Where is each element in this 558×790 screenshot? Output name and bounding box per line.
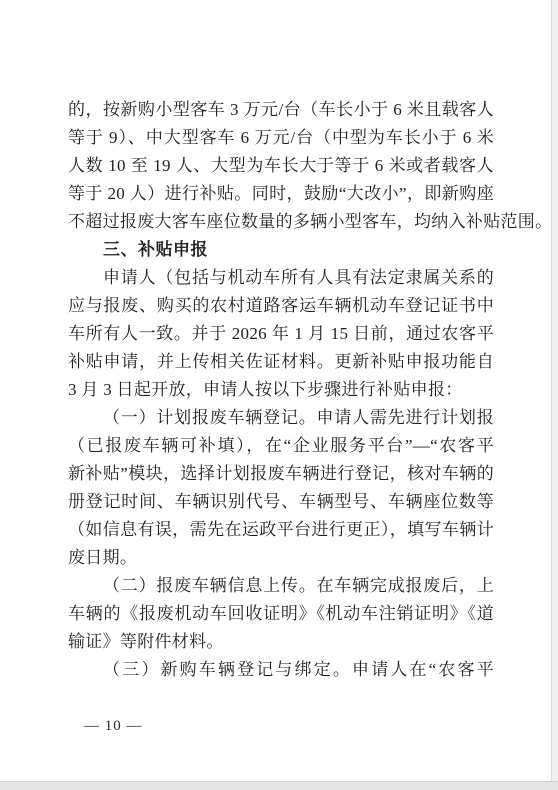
text-line: （二）报废车辆信息上传。在车辆完成报废后，上传报废 [68, 572, 494, 600]
text-line: 等于 9）、中大型客车 6 万元/台（中型为车长小于 6 米且载客 [68, 124, 494, 152]
text-line: 废日期。 [68, 544, 494, 572]
text-line: （如信息有误，需先在运政平台进行更正），填写车辆计划报 [68, 516, 494, 544]
document-page: 的，按新购小型客车 3 万元/台（车长小于 6 米且载客人数小于 等于 9）、中… [0, 0, 558, 790]
text-line: 申请人（包括与机动车所有人具有法定隶属关系的企业） [68, 264, 494, 292]
text-line: （已报废车辆可补填），在“企业服务平台”—“农客平台”—“更 [68, 432, 494, 460]
text-line: 新补贴”模块，选择计划报废车辆进行登记，核对车辆的首次注 [68, 460, 494, 488]
text-block: 的，按新购小型客车 3 万元/台（车长小于 6 米且载客人数小于 等于 9）、中… [68, 96, 494, 684]
text-line: 册登记时间、车辆识别代号、车辆型号、车辆座位数等信息 [68, 488, 494, 516]
text-line: （三）新购车辆登记与绑定。申请人在“农客平台”—“乡村 [68, 656, 494, 684]
page-edge-bottom [0, 781, 558, 790]
text-line: 车所有人一致。并于 2026 年 1 月 15 日前，通过农客平台提交 [68, 320, 494, 348]
text-line: 应与报废、购买的农村道路客运车辆机动车登记证书中的机动 [68, 292, 494, 320]
text-line: 等于 20 人）进行补贴。同时，鼓励“大改小”，即新购座位总数 [68, 180, 494, 208]
text-line: 输证》等附件材料。 [68, 628, 494, 656]
text-line: 人数 10 至 19 人、大型为车长大于等于 6 米或者载客人数大于 [68, 152, 494, 180]
page-edge-right [551, 0, 558, 790]
text-line: 补贴申请，并上传相关佐证材料。更新补贴申报功能自 2025 年 [68, 348, 494, 376]
text-line: 车辆的《报废机动车回收证明》《机动车注销证明》《道路运 [68, 600, 494, 628]
text-line: （一）计划报废车辆登记。申请人需先进行计划报废登记 [68, 404, 494, 432]
text-line: 的，按新购小型客车 3 万元/台（车长小于 6 米且载客人数小于 [68, 96, 494, 124]
text-line: 3 月 3 日起开放，申请人按以下步骤进行补贴申报： [68, 376, 494, 404]
text-line: 不超过报废大客车座位数量的多辆小型客车，均纳入补贴范围。 [68, 208, 494, 236]
section-heading: 三、补贴申报 [68, 236, 494, 264]
page-number: — 10 — [84, 716, 143, 736]
